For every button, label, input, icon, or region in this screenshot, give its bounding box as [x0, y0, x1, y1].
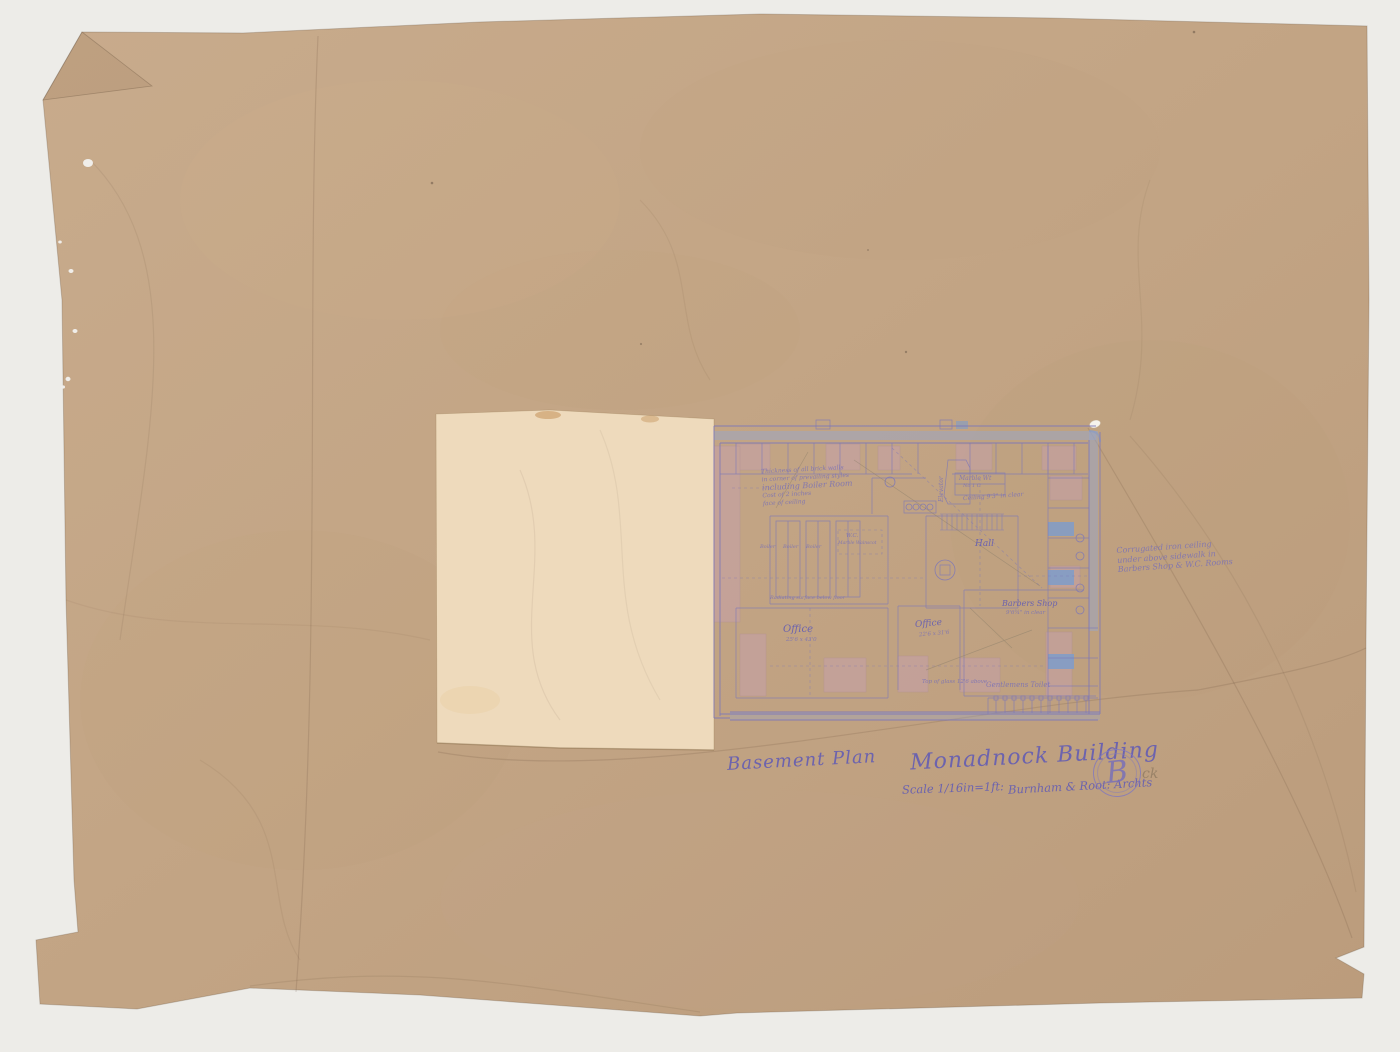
- room-label-hall: Hall: [975, 539, 994, 549]
- boiler-room-note: Thickness of all brick walls in corner o…: [761, 464, 854, 509]
- room-label-marble: Marble Wt: [959, 475, 991, 482]
- stamp-letter: B: [1104, 757, 1129, 789]
- pasted-patch: [436, 410, 714, 750]
- room-label-boiler-3: Boiler: [806, 544, 821, 550]
- room-label-barbers-dim: 9'6¾" in clear: [1006, 610, 1045, 616]
- under-boiler-note: Radiating surface below floor: [770, 595, 845, 601]
- room-label-wc-sub: Marble Wainscot: [838, 541, 876, 546]
- room-label-wc: W.C.: [846, 533, 858, 539]
- room-label-boiler-2: Boiler: [783, 544, 798, 550]
- scanned-drawing-sheet: Thickness of all brick walls in corner o…: [0, 0, 1400, 1052]
- room-label-toilet: Gentlemens Toilet: [986, 681, 1050, 689]
- room-label-elevator: Elevator: [938, 476, 945, 502]
- room-label-office-1: Office: [783, 624, 813, 635]
- room-label-boiler-1: Boiler: [760, 544, 775, 550]
- room-label-barbers: Barbers Shop: [1002, 599, 1057, 608]
- glass-note: Top of glass 12'6 above: [922, 679, 987, 685]
- room-label-marble-sub: No 1 C: [963, 483, 981, 489]
- sheet-artwork: [0, 0, 1400, 1052]
- pencil-mark: ck: [1142, 766, 1158, 782]
- room-label-office-1-dim: 25'6 x 43'0: [786, 637, 817, 643]
